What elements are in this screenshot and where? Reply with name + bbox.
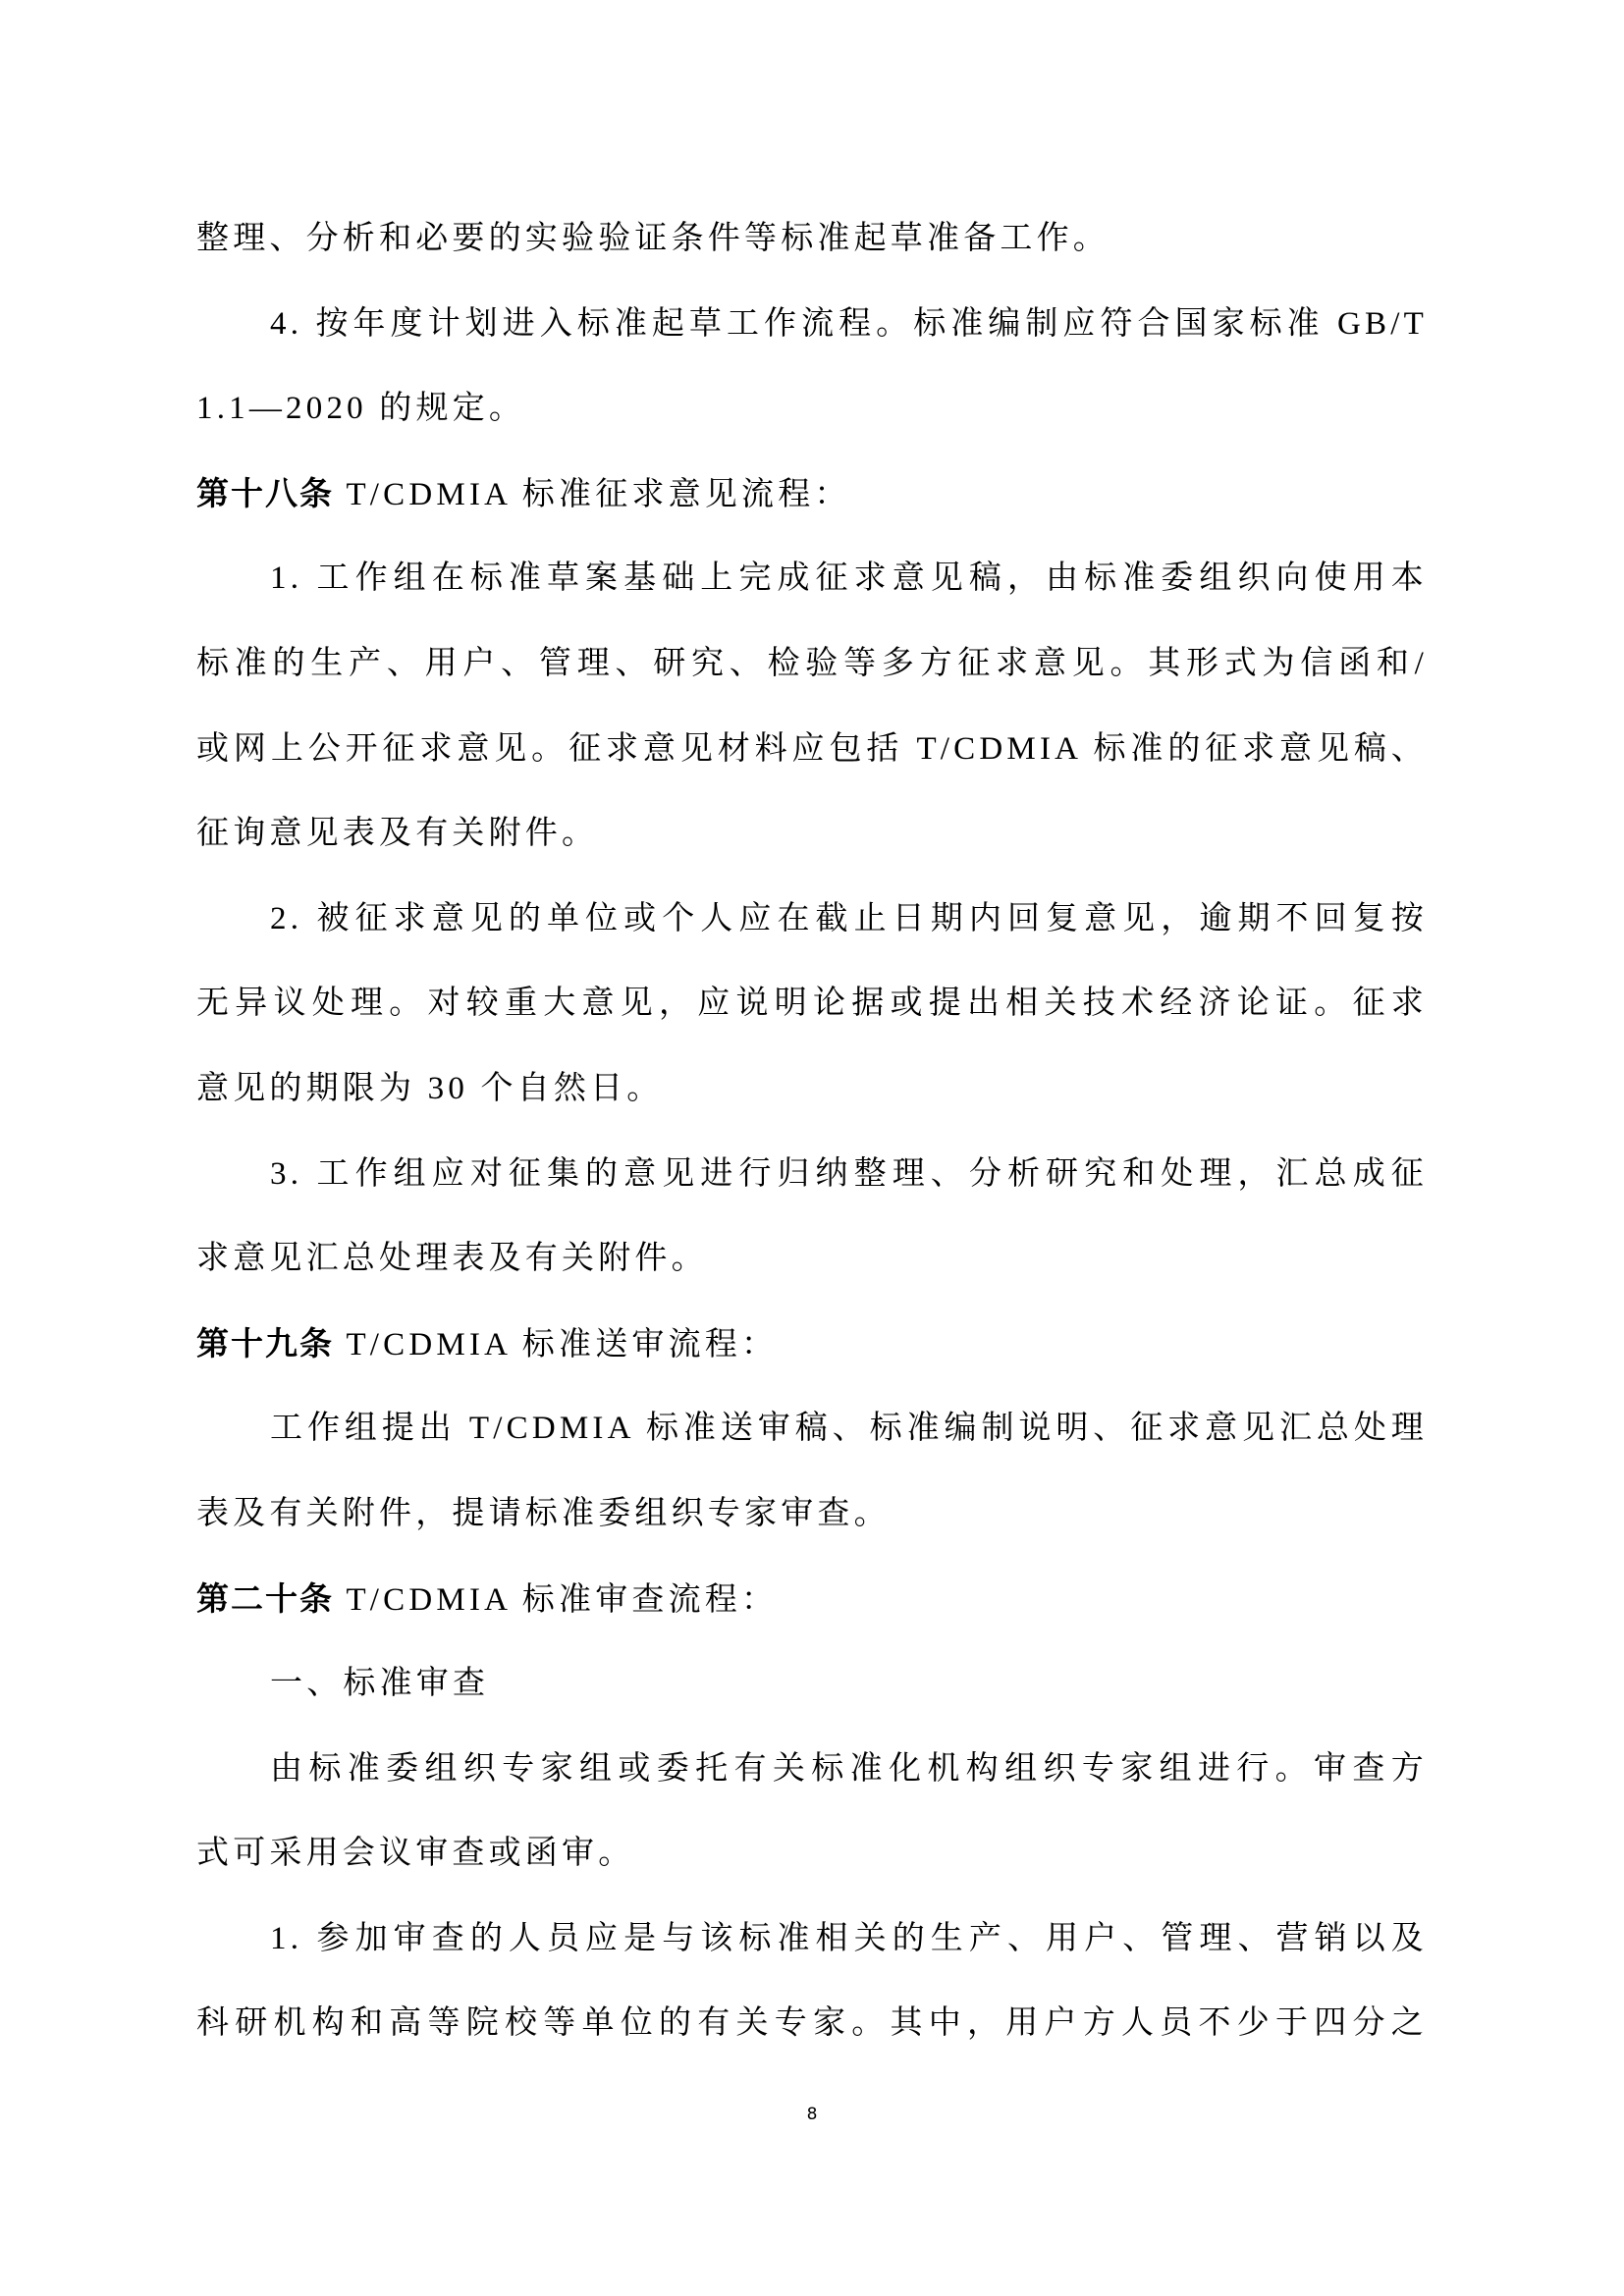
paragraph-line: 由标准委组织专家组或委托有关标准化机构组织专家组进行。审查方	[196, 1727, 1428, 1812]
article-number: 第十九条	[196, 1324, 334, 1362]
paragraph-line: 3. 工作组应对征集的意见进行归纳整理、分析研究和处理，汇总成征	[196, 1132, 1428, 1217]
line-text: 工作组提出 T/CDMIA 标准送审稿、标准编制说明、征求意见汇总处理	[270, 1411, 1428, 1446]
paragraph-line: 征询意见表及有关附件。	[196, 791, 1428, 877]
article-number: 第二十条	[196, 1579, 334, 1618]
line-text: 整理、分析和必要的实验验证条件等标准起草准备工作。	[196, 221, 1110, 256]
paragraph-line: 1.1—2020 的规定。	[196, 366, 1428, 452]
line-text: 征询意见表及有关附件。	[196, 816, 598, 851]
line-text: 式可采用会议审查或函审。	[196, 1836, 634, 1871]
section-subheading: 一、标准审查	[196, 1641, 1428, 1727]
line-text: 求意见汇总处理表及有关附件。	[196, 1241, 708, 1276]
paragraph-line: 整理、分析和必要的实验验证条件等标准起草准备工作。	[196, 196, 1428, 282]
line-text: 由标准委组织专家组或委托有关标准化机构组织专家组进行。审查方	[270, 1751, 1428, 1787]
paragraph-line: 式可采用会议审查或函审。	[196, 1811, 1428, 1896]
line-text: 意见的期限为 30 个自然日。	[196, 1071, 664, 1106]
article-heading: 第十九条 T/CDMIA 标准送审流程：	[196, 1302, 1428, 1387]
paragraph-line: 求意见汇总处理表及有关附件。	[196, 1216, 1428, 1302]
line-text: 1. 参加审查的人员应是与该标准相关的生产、用户、管理、营销以及	[270, 1921, 1428, 1956]
paragraph-line: 1. 工作组在标准草案基础上完成征求意见稿，由标准委组织向使用本	[196, 536, 1428, 621]
document-body: 整理、分析和必要的实验验证条件等标准起草准备工作。 4. 按年度计划进入标准起草…	[196, 196, 1428, 2066]
line-text: 一、标准审查	[270, 1666, 489, 1701]
paragraph-line: 意见的期限为 30 个自然日。	[196, 1046, 1428, 1132]
paragraph-line: 4. 按年度计划进入标准起草工作流程。标准编制应符合国家标准 GB/T	[196, 282, 1428, 367]
paragraph-line: 或网上公开征求意见。征求意见材料应包括 T/CDMIA 标准的征求意见稿、	[196, 707, 1428, 792]
line-text: 4. 按年度计划进入标准起草工作流程。标准编制应符合国家标准 GB/T	[270, 306, 1428, 342]
paragraph-line: 表及有关附件，提请标准委组织专家审查。	[196, 1471, 1428, 1557]
page-number: 8	[800, 2103, 824, 2126]
line-text: 2. 被征求意见的单位或个人应在截止日期内回复意见，逾期不回复按	[270, 901, 1428, 936]
document-page: 整理、分析和必要的实验验证条件等标准起草准备工作。 4. 按年度计划进入标准起草…	[0, 0, 1624, 2296]
article-title: T/CDMIA 标准征求意见流程：	[334, 477, 851, 512]
paragraph-line: 工作组提出 T/CDMIA 标准送审稿、标准编制说明、征求意见汇总处理	[196, 1386, 1428, 1471]
line-text: 科研机构和高等院校等单位的有关专家。其中，用户方人员不少于四分之	[196, 2005, 1428, 2041]
article-number: 第十八条	[196, 474, 334, 512]
paragraph-line: 无异议处理。对较重大意见，应说明论据或提出相关技术经济论证。征求	[196, 961, 1428, 1046]
article-title: T/CDMIA 标准审查流程：	[334, 1582, 778, 1618]
line-text: 1.1—2020 的规定。	[196, 391, 525, 426]
article-title: T/CDMIA 标准送审流程：	[334, 1327, 778, 1362]
line-text: 或网上公开征求意见。征求意见材料应包括 T/CDMIA 标准的征求意见稿、	[196, 731, 1428, 767]
paragraph-line: 科研机构和高等院校等单位的有关专家。其中，用户方人员不少于四分之	[196, 1981, 1428, 2066]
line-text: 标准的生产、用户、管理、研究、检验等多方征求意见。其形式为信函和/	[196, 646, 1428, 681]
article-heading: 第十八条 T/CDMIA 标准征求意见流程：	[196, 452, 1428, 537]
line-text: 3. 工作组应对征集的意见进行归纳整理、分析研究和处理，汇总成征	[270, 1156, 1428, 1192]
line-text: 表及有关附件，提请标准委组织专家审查。	[196, 1496, 891, 1531]
paragraph-line: 2. 被征求意见的单位或个人应在截止日期内回复意见，逾期不回复按	[196, 877, 1428, 962]
paragraph-line: 1. 参加审查的人员应是与该标准相关的生产、用户、管理、营销以及	[196, 1896, 1428, 1982]
article-heading: 第二十条 T/CDMIA 标准审查流程：	[196, 1557, 1428, 1642]
line-text: 无异议处理。对较重大意见，应说明论据或提出相关技术经济论证。征求	[196, 986, 1428, 1021]
line-text: 1. 工作组在标准草案基础上完成征求意见稿，由标准委组织向使用本	[270, 561, 1428, 596]
paragraph-line: 标准的生产、用户、管理、研究、检验等多方征求意见。其形式为信函和/	[196, 621, 1428, 707]
